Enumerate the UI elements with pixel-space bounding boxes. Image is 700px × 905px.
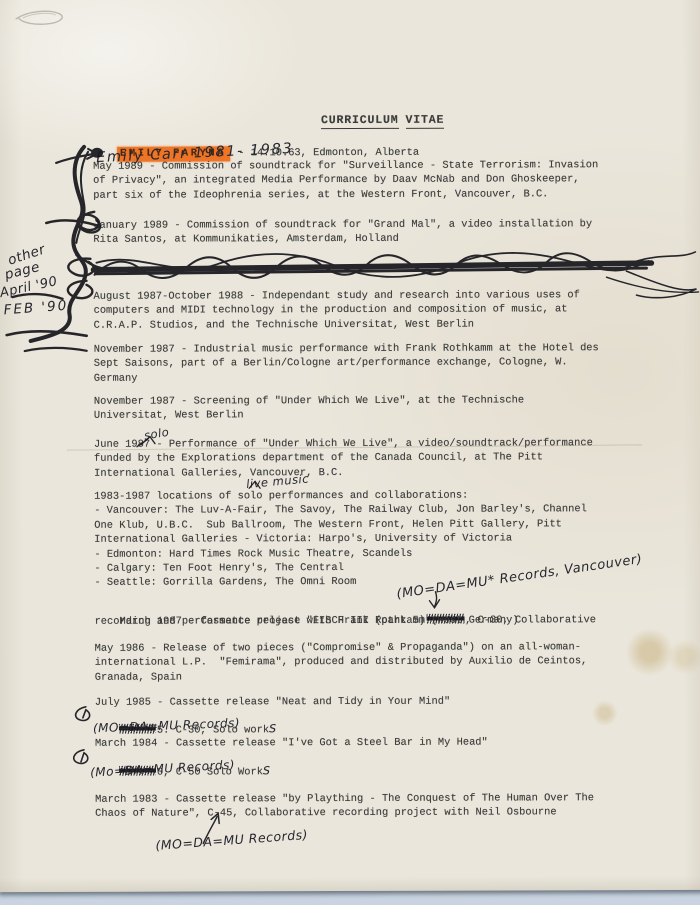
handwritten-s: S: [269, 723, 276, 736]
entry-may-1986: May 1986 - Release of two pieces ("Compr…: [95, 640, 615, 685]
entry-mar-1983: March 1983 - Cassette release "by Playth…: [95, 791, 620, 821]
entry-nov-1987-industrial: November 1987 - Industrial music perform…: [94, 341, 619, 386]
entry-jun-1987: June 1987 - Performance of "Under Which …: [94, 436, 614, 481]
handwritten-s: S: [263, 765, 270, 778]
entry-mar-1987-line2: recording and performance project with F…: [95, 613, 615, 629]
entry-mar-1984-line1: March 1984 - Cassette release "I've Got …: [95, 735, 615, 751]
entry-may-1989: May 1989 - Commission of soundtrack for …: [93, 158, 613, 203]
note-modamu-records-3: (MO=DA=MU Records): [155, 827, 309, 853]
note-margin-feb-90: FEB '90: [3, 298, 69, 319]
entry-nov-1987-screening: November 1987 - Screening of "Under Whic…: [94, 393, 614, 423]
entry-jan-1989: January 1989 - Commission of soundtrack …: [93, 217, 613, 247]
cv-title-word1: CURRICULUM: [321, 114, 399, 129]
entry-aug-1987: August 1987-October 1988 - Independant s…: [94, 288, 614, 333]
paper-page: CURRICULUMVITAE EMILY FARYNA - 14.10.63,…: [0, 0, 700, 892]
paperclip-mark: [6, 3, 96, 43]
scanned-cv-page: { "title": {"word1": "CURRICULUM", "word…: [0, 0, 700, 905]
cv-title-word2: VITAE: [405, 114, 444, 129]
